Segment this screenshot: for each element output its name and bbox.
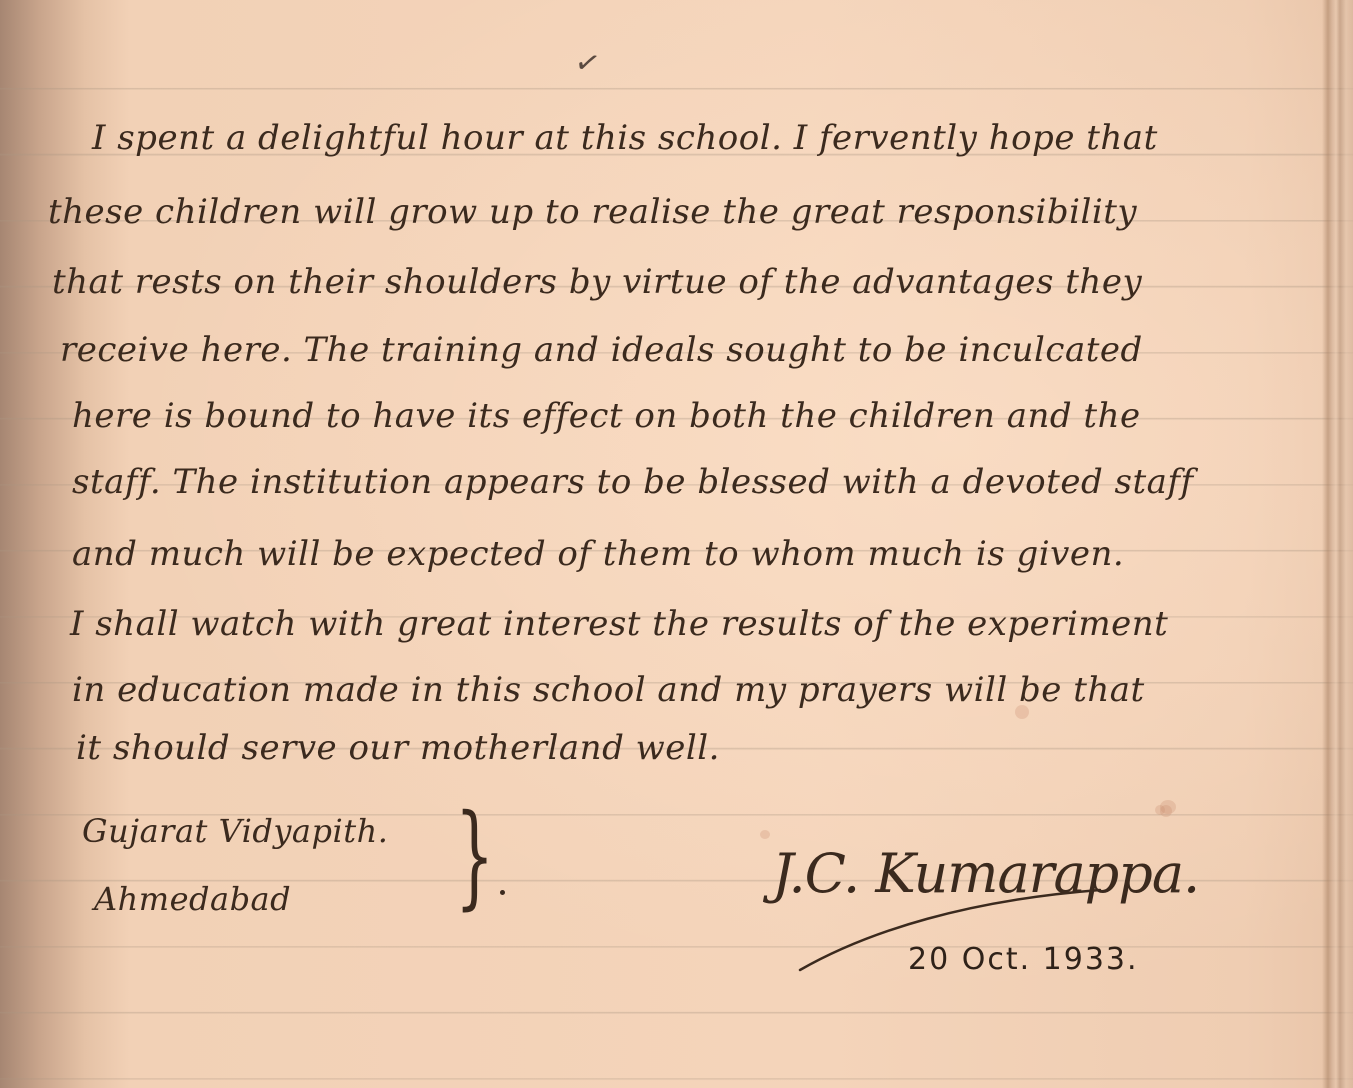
entry-line-9: in education made in this school and my … <box>72 670 1145 710</box>
brace-period <box>500 890 505 895</box>
paper-stain <box>1160 805 1172 817</box>
entry-line-4: receive here. The training and ideals so… <box>60 330 1143 370</box>
notebook-page: ✓ I spent a delightful hour at this scho… <box>0 0 1353 1088</box>
entry-line-5: here is bound to have its effect on both… <box>72 396 1141 436</box>
entry-line-7: and much will be expected of them to who… <box>72 534 1124 574</box>
entry-line-6: staff. The institution appears to be ble… <box>72 462 1194 502</box>
entry-line-10: it should serve our motherland well. <box>76 728 720 768</box>
address-line-1: Gujarat Vidyapith. <box>82 812 388 850</box>
signature-date: 20 Oct. 1933. <box>908 942 1139 977</box>
entry-line-3: that rests on their shoulders by virtue … <box>52 262 1142 302</box>
paper-stain <box>760 830 770 839</box>
address-line-2: Ahmedabad <box>94 880 291 918</box>
address-brace: } <box>455 800 494 912</box>
entry-line-1: I spent a delightful hour at this school… <box>92 118 1158 158</box>
page-binding-edge <box>1322 0 1353 1088</box>
entry-line-2: these children will grow up to realise t… <box>48 192 1137 232</box>
entry-line-8: I shall watch with great interest the re… <box>70 604 1168 644</box>
